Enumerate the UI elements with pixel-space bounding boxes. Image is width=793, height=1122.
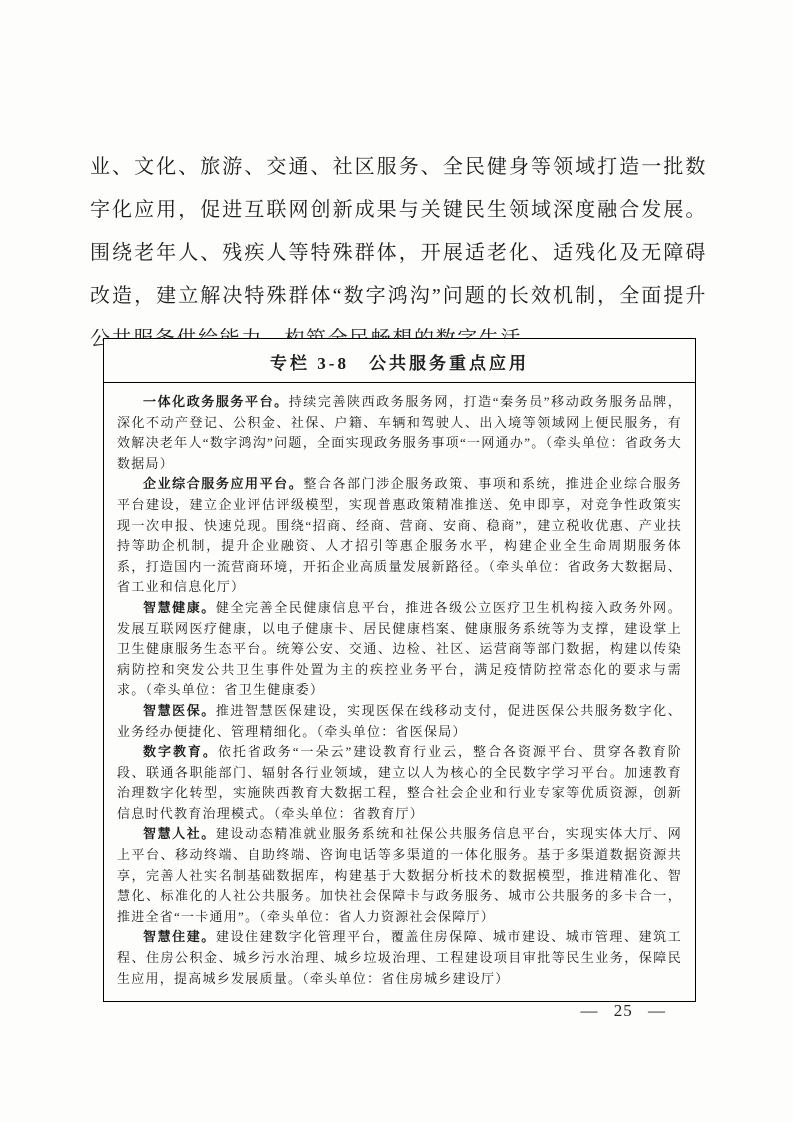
box-paragraph: 智慧医保。推进智慧医保建设，实现医保在线移动支付，促进医保公共服务数字化、业务经… — [117, 701, 682, 742]
box-paragraph: 数字教育。依托省政务“一朵云”建设教育行业云，整合各资源平台、贯穿各教育阶段、联… — [117, 742, 682, 824]
paragraph-text: 整合各部门涉企服务政策、事项和系统，推进企业综合服务平台建设，建立企业评估评级模… — [117, 476, 682, 594]
box-body: 一体化政务服务平台。持续完善陕西政务服务网，打造“秦务员”移动政务服务品牌，深化… — [104, 383, 695, 1001]
box-paragraph: 智慧人社。建设动态精准就业服务系统和社保公共服务信息平台，实现实体大厅、网上平台… — [117, 824, 682, 927]
paragraph-lead: 数字教育。 — [143, 744, 218, 759]
box-paragraph: 智慧健康。健全完善全民健康信息平台，推进各级公立医疗卫生机构接入政务外网。发展互… — [117, 598, 682, 701]
paragraph-lead: 智慧人社。 — [143, 826, 216, 841]
box-title: 专栏 3-8 公共服务重点应用 — [104, 339, 695, 383]
box-paragraph: 一体化政务服务平台。持续完善陕西政务服务网，打造“秦务员”移动政务服务品牌，深化… — [117, 392, 682, 474]
page-number: — 25 — — [581, 1001, 667, 1021]
feature-box: 专栏 3-8 公共服务重点应用 一体化政务服务平台。持续完善陕西政务服务网，打造… — [103, 338, 696, 1002]
paragraph-lead: 智慧住建。 — [143, 929, 216, 944]
intro-paragraph: 业、文化、旅游、交通、社区服务、全民健身等领域打造一批数字化应用，促进互联网创新… — [90, 146, 707, 361]
document-page: 业、文化、旅游、交通、社区服务、全民健身等领域打造一批数字化应用，促进互联网创新… — [0, 0, 793, 1122]
paragraph-lead: 企业综合服务应用平台。 — [143, 476, 303, 491]
paragraph-lead: 智慧健康。 — [143, 600, 216, 615]
box-paragraph: 智慧住建。建设住建数字化管理平台，覆盖住房保障、城市建设、城市管理、建筑工程、住… — [117, 927, 682, 989]
paragraph-lead: 一体化政务服务平台。 — [143, 394, 289, 409]
box-paragraph: 企业综合服务应用平台。整合各部门涉企服务政策、事项和系统，推进企业综合服务平台建… — [117, 474, 682, 598]
paragraph-lead: 智慧医保。 — [143, 703, 216, 718]
